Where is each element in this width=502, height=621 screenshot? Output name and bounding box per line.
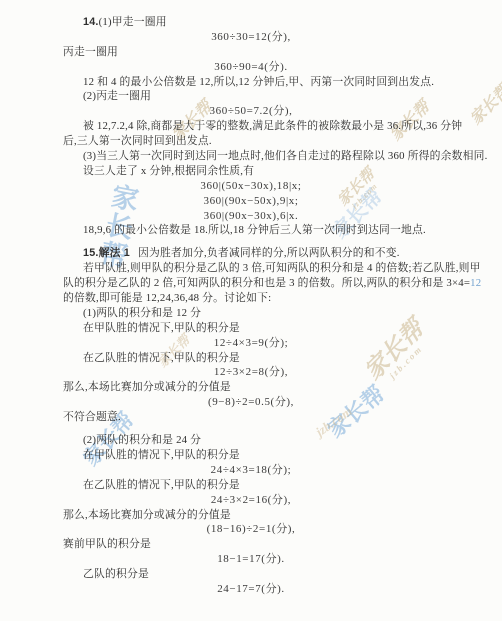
problem-14-header-line: 14.(1)甲走一圈用 <box>63 15 470 30</box>
equation-line: 360|(90x−50x),9|x; <box>0 194 502 209</box>
scanned-solution-page: 家长帮 家长帮 家长帮 家长帮 家长帮 家长帮 家长帮 家长帮 jzb.com … <box>0 0 502 621</box>
line-text: (1)甲走一圈用 <box>99 16 167 28</box>
text-line: 在乙队胜的情况下,甲队的积分是 <box>63 478 470 493</box>
text-line: 后,三人第一次同时回到出发点. <box>63 134 470 149</box>
text-line: 18,9,6 的最小公倍数是 18.所以,18 分钟后三人第一次同时到达同一地点… <box>63 223 470 238</box>
equation-line: 18−1=17(分). <box>0 552 502 567</box>
text-line: 在甲队胜的情况下,甲队的积分是 <box>63 448 470 463</box>
equation-line: 12÷4×3=9(分); <box>0 336 502 351</box>
text-line: 在甲队胜的情况下,甲队的积分是 <box>63 321 470 336</box>
text-line: 不符合题意. <box>63 410 470 425</box>
equation-line: 360÷50=7.2(分), <box>0 104 502 119</box>
equation-line: (9−8)÷2=0.5(分), <box>0 395 502 410</box>
text-line: (3)当三人第一次同时到达同一地点时,他们各自走过的路程除以 360 所得的余数… <box>63 149 470 164</box>
equation-line: 360÷30=12(分), <box>0 30 502 45</box>
problem-15-header-line: 15.解法 1因为胜者加分,负者减同样的分,所以两队积分的和不变. <box>63 246 470 261</box>
equation-line: 360|(50x−30x),18|x; <box>0 179 502 194</box>
text-line: 被 12,7.2,4 除,商都是大于零的整数,满足此条件的被除数最小是 36.所… <box>63 119 470 134</box>
text-line: (1)两队的积分和是 12 分 <box>63 306 470 321</box>
equation-line: 24−17=7(分). <box>0 582 502 597</box>
equation-line: 24÷4×3=18(分); <box>0 463 502 478</box>
text-line: 的倍数,即可能是 12,24,36,48 分。讨论如下: <box>63 291 470 306</box>
equation-line: (18−16)÷2=1(分), <box>0 522 502 537</box>
text-line: 那么,本场比赛加分或减分的分值是 <box>63 508 470 523</box>
line-text: 队的积分是乙队的 2 倍,可知两队的积分和也是 3 的倍数。所以,两队的积分和是… <box>63 277 470 289</box>
text-line: 12 和 4 的最小公倍数是 12,所以,12 分钟后,甲、丙第一次同时回到出发… <box>63 75 470 90</box>
watermark-tinted-text: 12 <box>470 277 481 289</box>
text-line: 丙走一圈用 <box>63 45 470 60</box>
text-line: (2)两队的积分和是 24 分 <box>63 433 470 448</box>
solution-text-block: 14.(1)甲走一圈用 360÷30=12(分), 丙走一圈用 360÷90=4… <box>63 15 470 597</box>
text-line: 那么,本场比赛加分或减分的分值是 <box>63 380 470 395</box>
text-line: 若甲队胜,则甲队的积分是乙队的 3 倍,可知两队的积分和是 4 的倍数;若乙队胜… <box>63 261 470 276</box>
equation-line: 360÷90=4(分). <box>0 60 502 75</box>
text-line: 设三人走了 x 分钟,根据同余性质,有 <box>63 164 470 179</box>
text-line: 乙队的积分是 <box>63 567 470 582</box>
equation-line: 360|(90x−30x),6|x. <box>0 209 502 224</box>
equation-line: 24÷3×2=16(分), <box>0 493 502 508</box>
equation-line: 12÷3×2=8(分), <box>0 365 502 380</box>
text-line: 在乙队胜的情况下,甲队的积分是 <box>63 351 470 366</box>
text-line: (2)丙走一圈用 <box>63 89 470 104</box>
line-text: 因为胜者加分,负者减同样的分,所以两队积分的和不变. <box>138 247 400 259</box>
problem-14-number: 14. <box>83 16 99 28</box>
text-line: 队的积分是乙队的 2 倍,可知两队的积分和也是 3 的倍数。所以,两队的积分和是… <box>63 276 470 291</box>
text-line: 赛前甲队的积分是 <box>63 537 470 552</box>
problem-15-number: 15.解法 1 <box>83 247 130 259</box>
